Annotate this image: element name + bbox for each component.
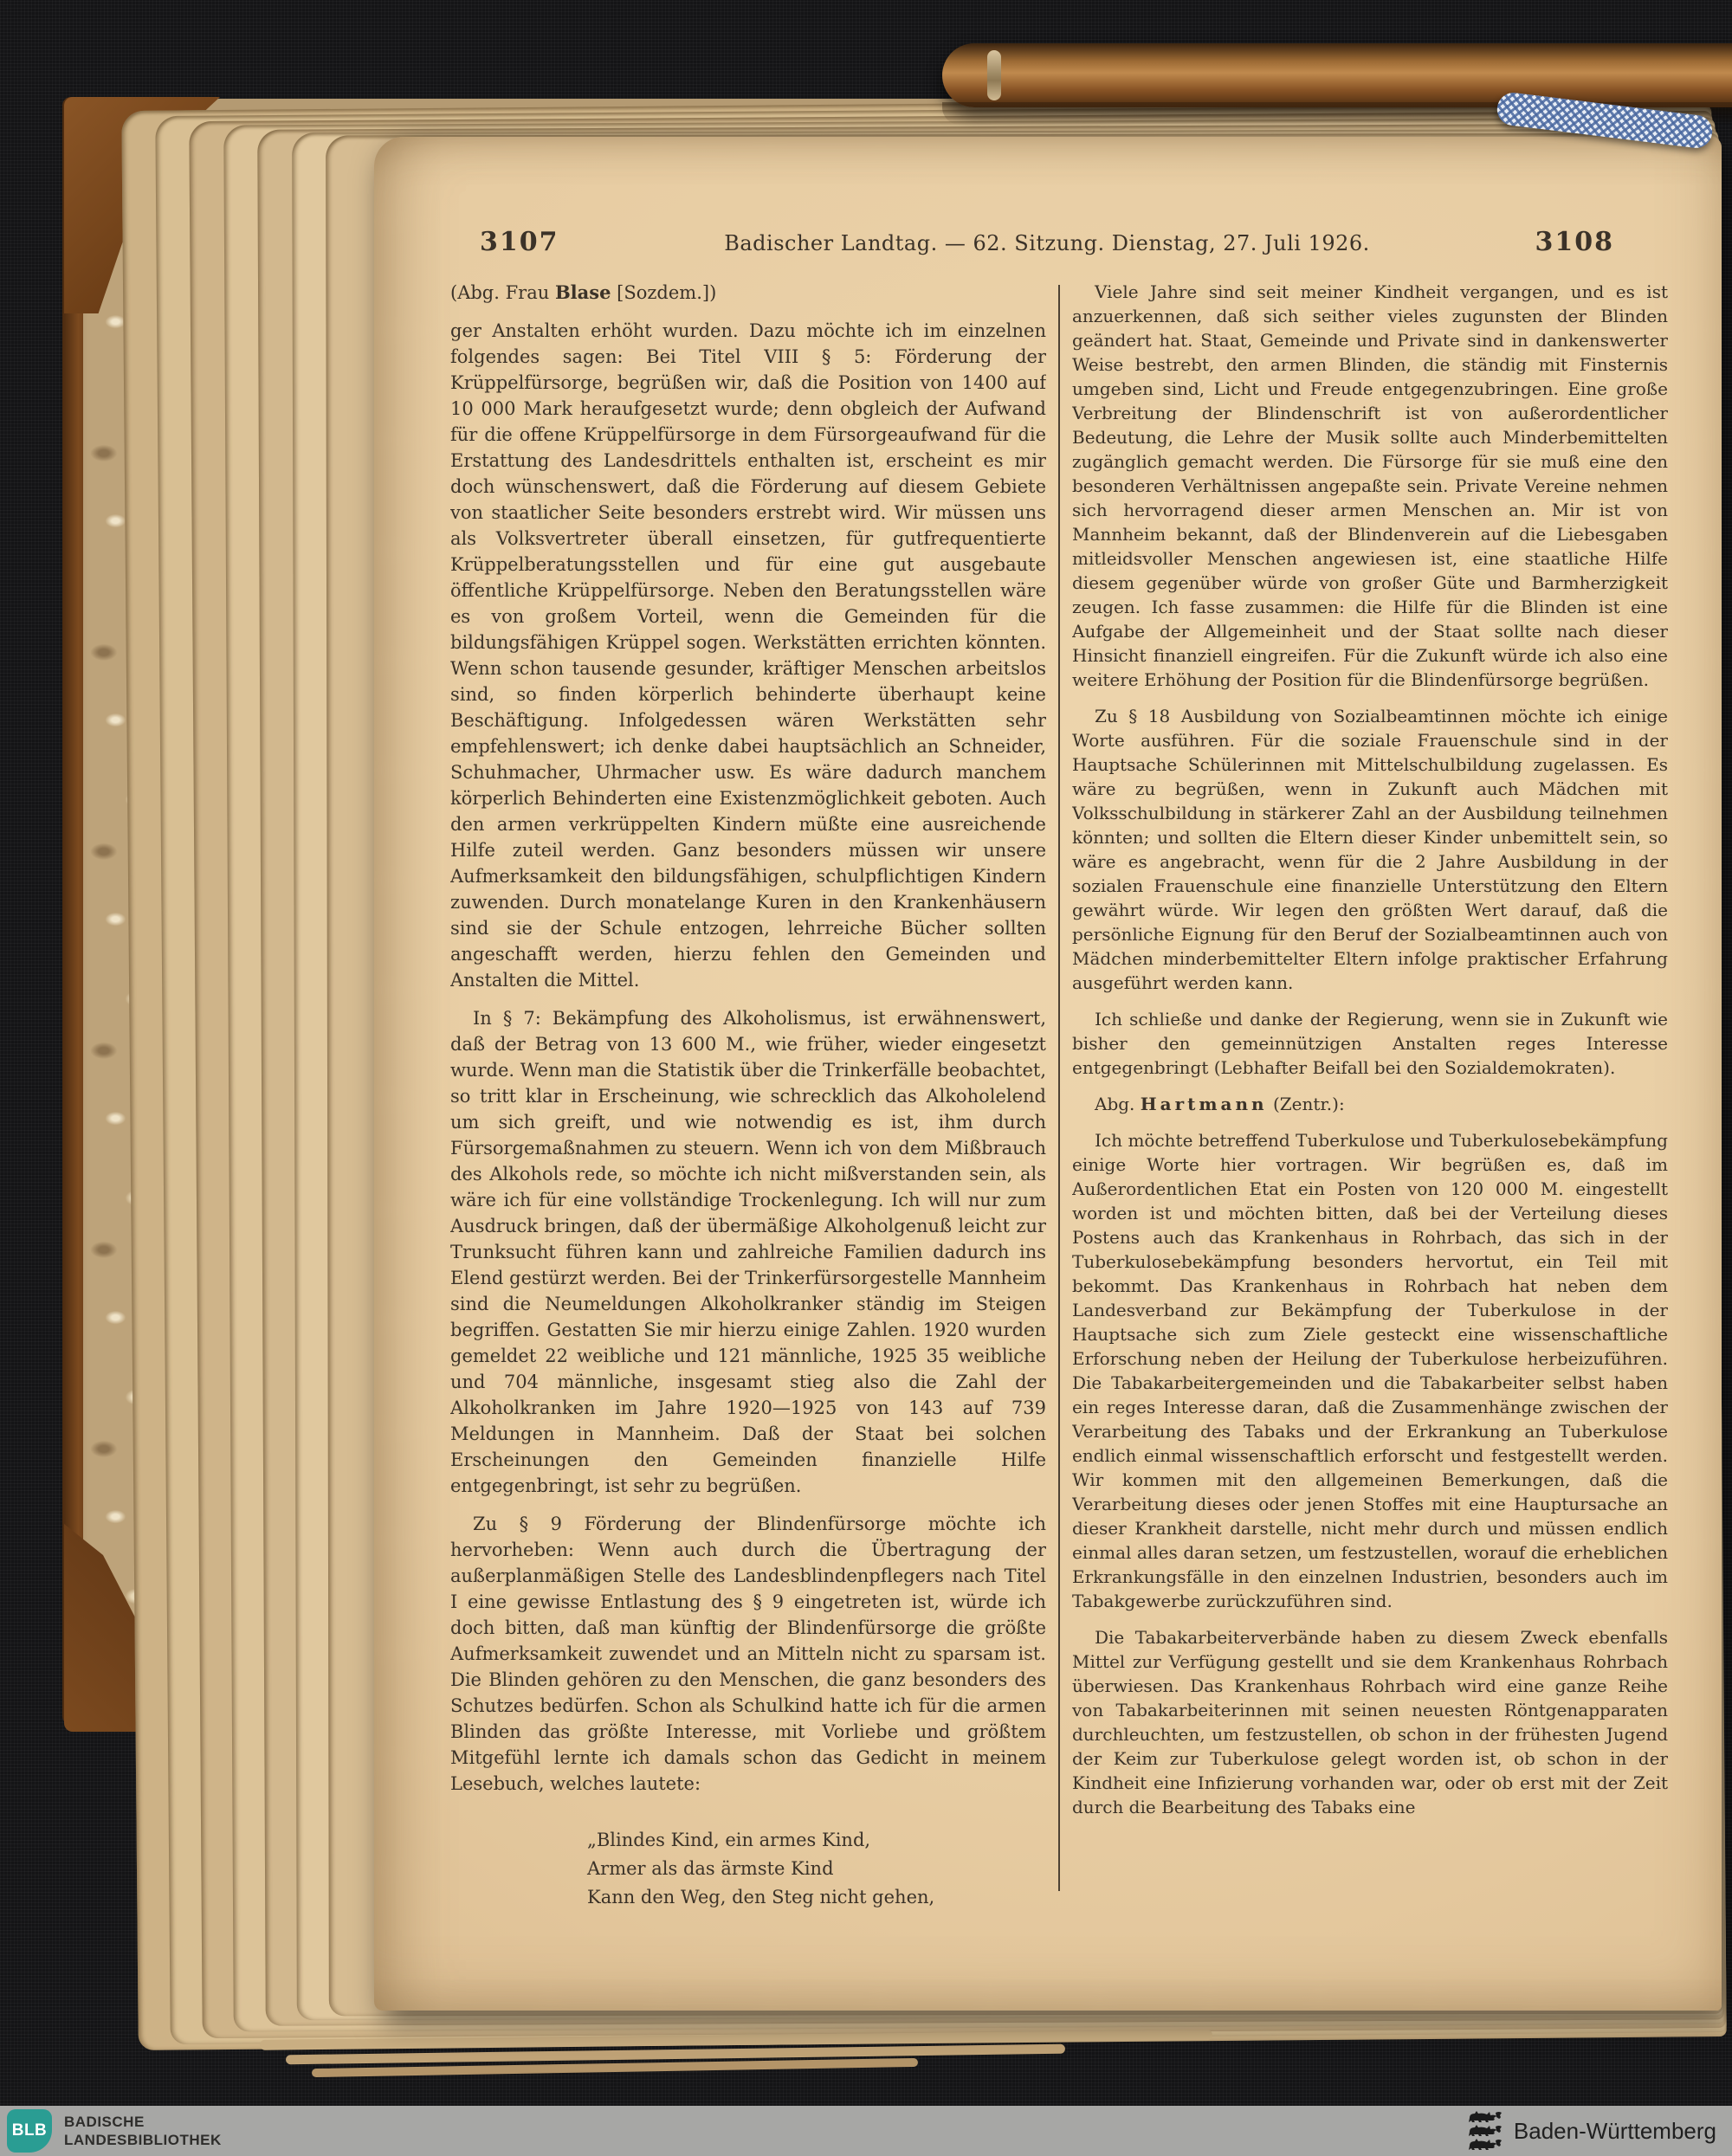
scan-background: 3107 Badischer Landtag. — 62. Sitzung. D… (0, 0, 1732, 2156)
footer-bar: BLB BADISCHE LANDESBIBLIOTHEK (0, 2106, 1732, 2156)
state-name: Baden-Württemberg (1514, 2118, 1716, 2145)
column-right: Viele Jahre sind seit meiner Kindheit ve… (1072, 280, 1668, 1907)
library-logo: BLB BADISCHE LANDESBIBLIOTHEK (7, 2109, 222, 2153)
column-left: (Abg. Frau Blase [Sozdem.]) ger Anstalte… (450, 280, 1046, 1907)
page-number-right: 3108 (1535, 227, 1614, 257)
poem-line: „Blindes Kind, ein armes Kind, (587, 1826, 1046, 1855)
paragraph: Viele Jahre sind seit meiner Kindheit ve… (1072, 280, 1668, 692)
speaker-heading-name: Hartmann (1141, 1094, 1268, 1114)
paragraph: In § 7: Bekämpfung des Alkoholismus, ist… (450, 1005, 1046, 1499)
library-name-line1: BADISCHE (64, 2113, 222, 2131)
column-divider-rule (1058, 285, 1060, 1891)
paragraph: Zu § 9 Förderung der Blindenfürsorge möc… (450, 1511, 1046, 1797)
speaker-note: (Abg. Frau Blase [Sozdem.]) (450, 280, 1046, 306)
speaker-note-prefix: (Abg. Frau (450, 282, 555, 303)
page-number-left: 3107 (480, 227, 559, 257)
book-page: 3107 Badischer Landtag. — 62. Sitzung. D… (374, 137, 1722, 2011)
speaker-note-suffix: [Sozdem.]) (611, 282, 716, 303)
paragraph: Zu § 18 Ausbildung von Sozialbeamtinnen … (1072, 704, 1668, 995)
speaker-heading: Abg. Hartmann (Zentr.): (1072, 1092, 1668, 1116)
page-header-row: 3107 Badischer Landtag. — 62. Sitzung. D… (450, 137, 1668, 257)
paragraph: ger Anstalten erhöht wurden. Dazu möchte… (450, 318, 1046, 993)
paragraph: Die Tabakarbeiterverbände haben zu diese… (1072, 1625, 1668, 1819)
state-logo: Baden-Württemberg (1467, 2111, 1716, 2151)
paragraph: Ich möchte betreffend Tuberkulose und Tu… (1072, 1128, 1668, 1613)
blb-badge-icon: BLB (7, 2109, 52, 2153)
running-header: Badischer Landtag. — 62. Sitzung. Dienst… (724, 231, 1370, 255)
poem-line: Kann den Weg, den Steg nicht gehen, (587, 1883, 1046, 1907)
poem-line: Armer als das ärmste Kind (587, 1855, 1046, 1883)
bw-lions-icon (1467, 2111, 1503, 2151)
text-columns: (Abg. Frau Blase [Sozdem.]) ger Anstalte… (450, 280, 1668, 1907)
library-name: BADISCHE LANDESBIBLIOTHEK (64, 2113, 222, 2150)
paragraph: Ich schließe und danke der Regierung, we… (1072, 1007, 1668, 1080)
speaker-heading-prefix: Abg. (1095, 1094, 1141, 1114)
blb-acronym: BLB (12, 2121, 48, 2140)
poem: „Blindes Kind, ein armes Kind, Armer als… (587, 1826, 1046, 1907)
leather-book-weight (942, 43, 1732, 107)
speaker-heading-suffix: (Zentr.): (1268, 1094, 1345, 1114)
library-name-line2: LANDESBIBLIOTHEK (64, 2131, 222, 2149)
speaker-note-name: Blase (555, 281, 611, 303)
